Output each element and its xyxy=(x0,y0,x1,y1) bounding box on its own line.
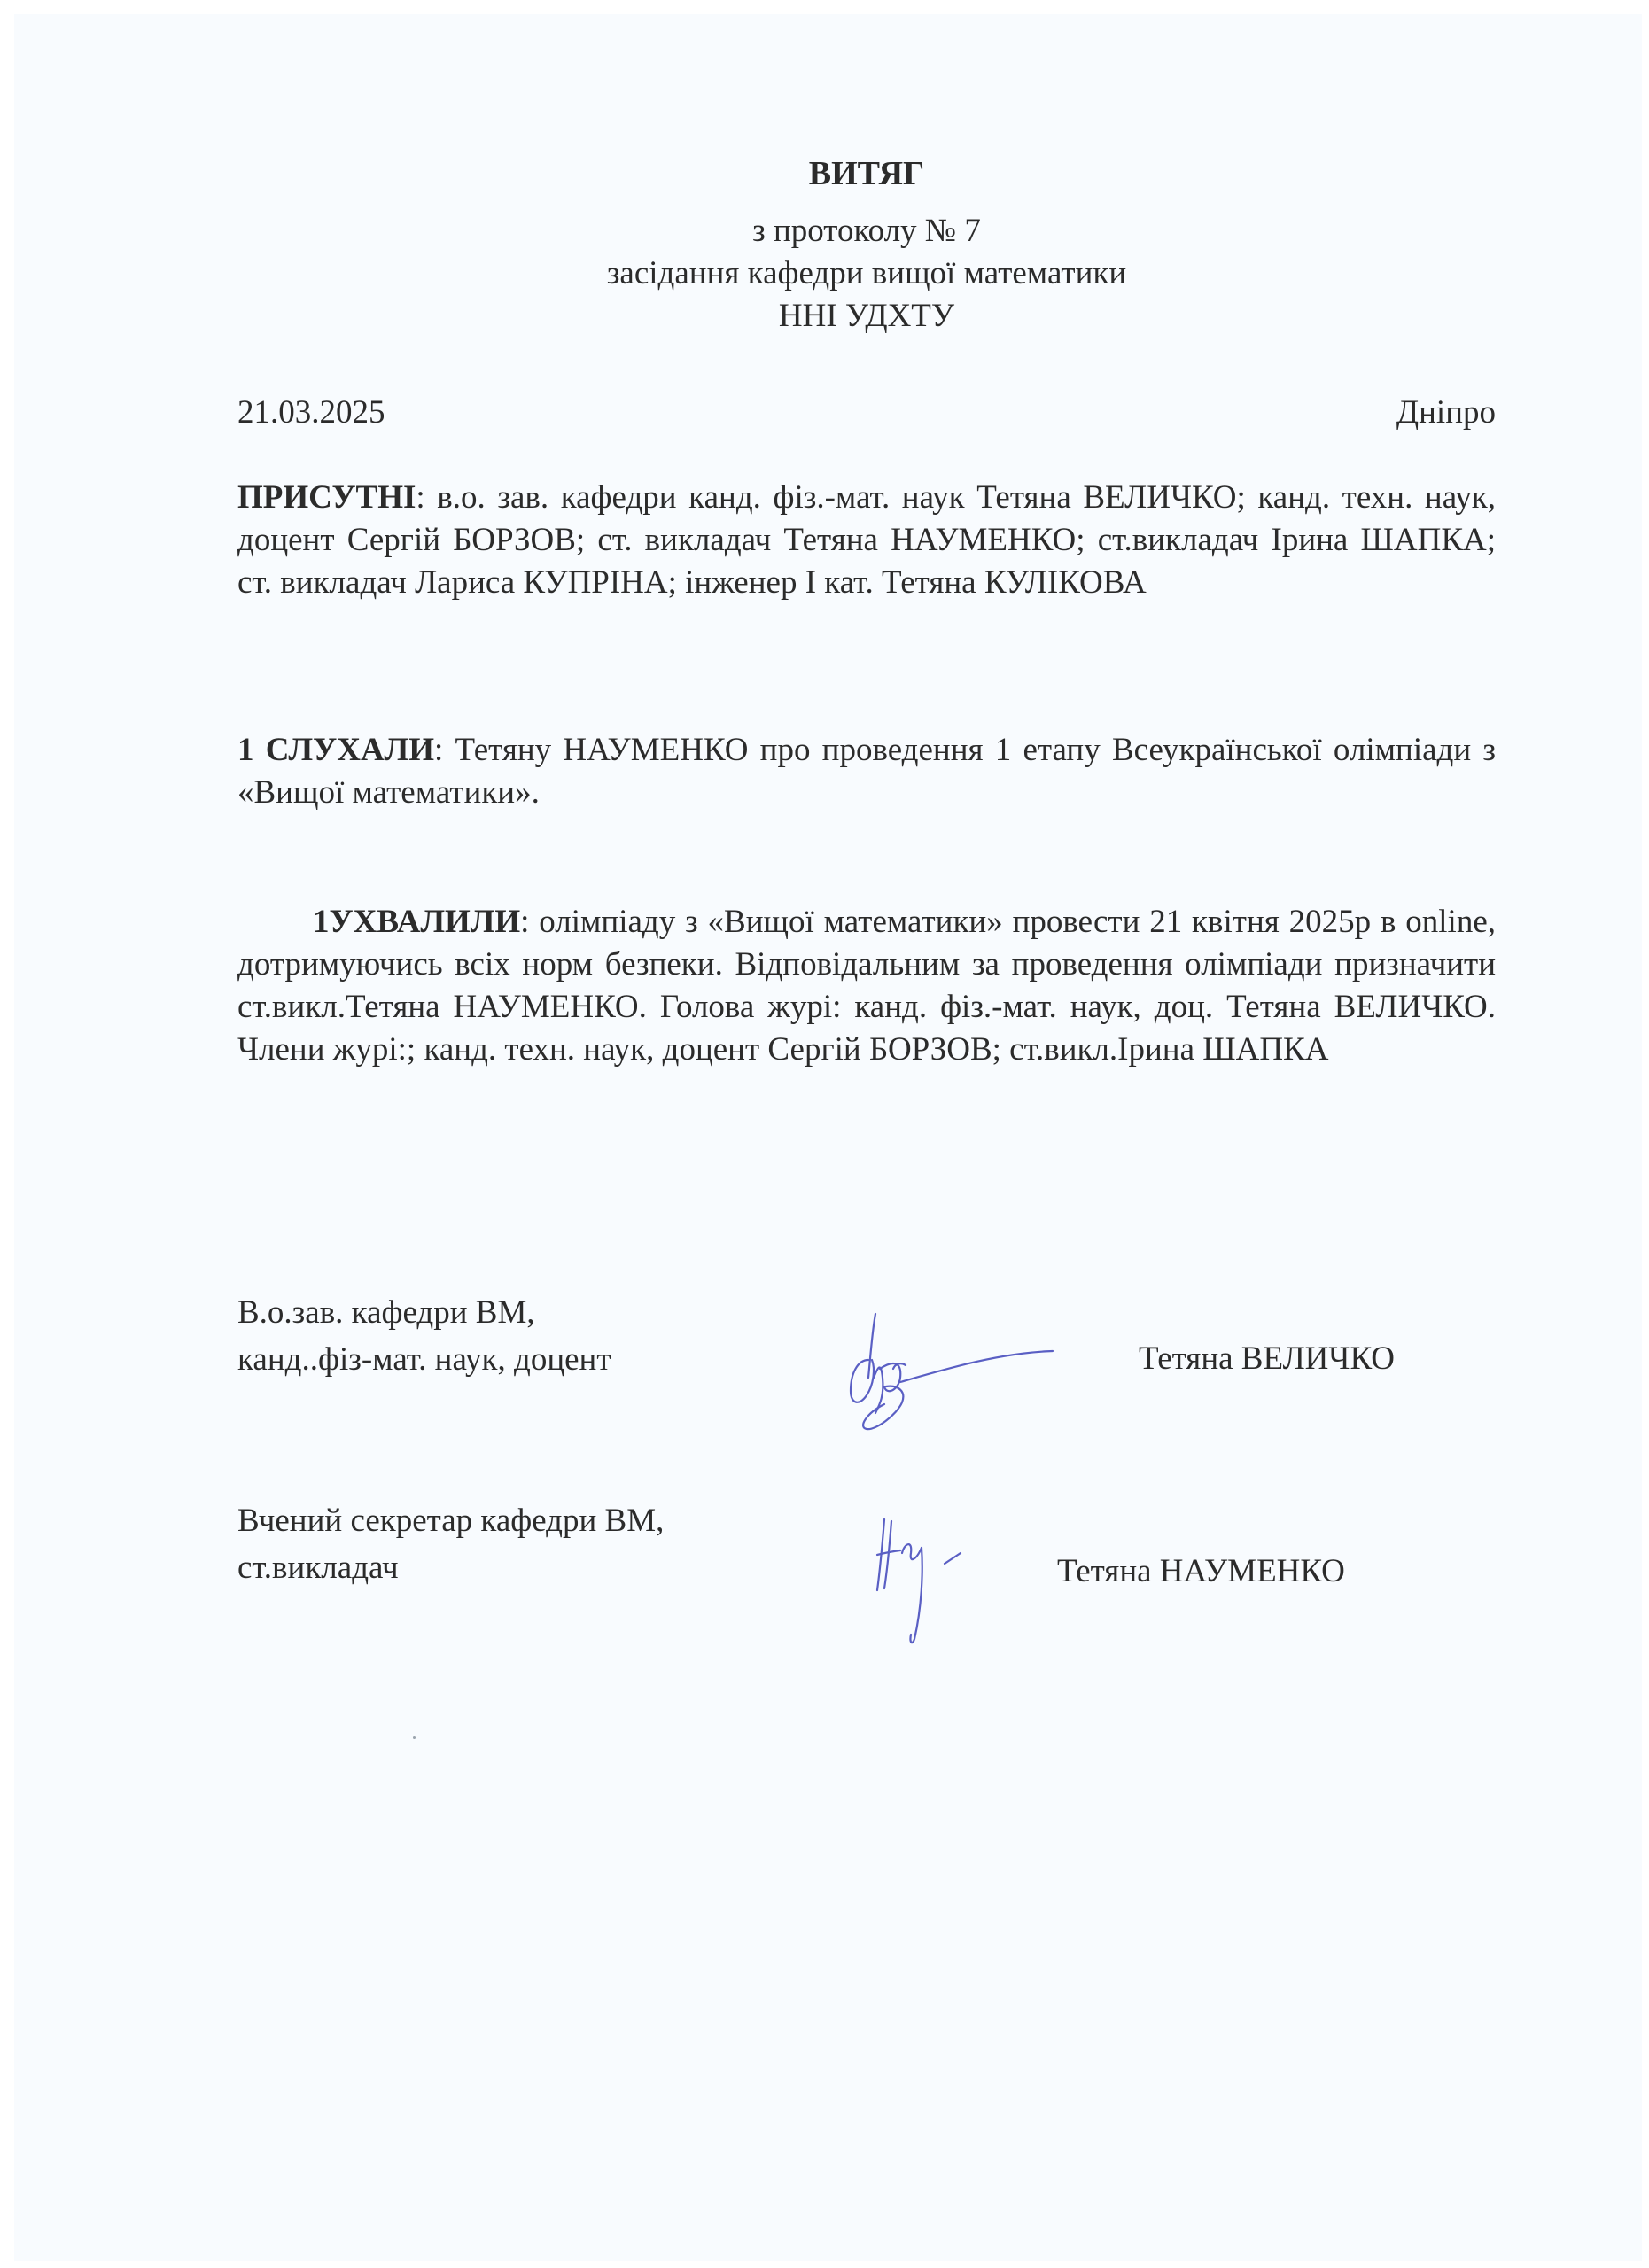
protocol-number: з протоколу № 7 xyxy=(237,210,1496,252)
scanned-page xyxy=(14,14,1642,2261)
signatory-role: В.о.зав. кафедри ВМ, канд..фіз-мат. наук… xyxy=(237,1289,611,1383)
present-label: ПРИСУТНІ xyxy=(237,479,416,516)
scan-speck xyxy=(413,1736,416,1739)
resolved-section: 1УХВАЛИЛИ: олімпіаду з «Вищої математики… xyxy=(237,901,1496,1071)
date-location-row: 21.03.2025 Дніпро xyxy=(237,390,1496,436)
role-line: В.о.зав. кафедри ВМ, xyxy=(237,1289,611,1336)
present-text: : в.о. зав. кафедри канд. фіз.-мат. наук… xyxy=(237,479,1496,601)
handwritten-signature-icon xyxy=(831,1307,1062,1440)
document-subtitle: з протоколу № 7 засідання кафедри вищої … xyxy=(237,210,1496,338)
signature-block-secretary: Вчений секретар кафедри ВМ, ст.викладач … xyxy=(237,1497,1496,1621)
role-line: ст.викладач xyxy=(237,1544,664,1591)
signature-block-head: В.о.зав. кафедри ВМ, канд..фіз-мат. наук… xyxy=(237,1289,1496,1413)
signatory-name: Тетяна ВЕЛИЧКО xyxy=(1139,1336,1395,1382)
heard-section: 1 СЛУХАЛИ: Тетяну НАУМЕНКО про проведенн… xyxy=(237,729,1496,814)
document-title: ВИТЯГ xyxy=(237,151,1496,197)
signatory-role: Вчений секретар кафедри ВМ, ст.викладач xyxy=(237,1497,664,1591)
heard-label: 1 СЛУХАЛИ xyxy=(237,732,434,768)
role-line: Вчений секретар кафедри ВМ, xyxy=(237,1497,664,1544)
resolved-label: 1УХВАЛИЛИ xyxy=(313,904,520,940)
handwritten-signature-icon xyxy=(858,1502,1035,1652)
role-line: канд..фіз-мат. наук, доцент xyxy=(237,1336,611,1383)
document-date: 21.03.2025 xyxy=(237,390,385,436)
meeting-description: засідання кафедри вищої математики xyxy=(237,252,1496,295)
document-city: Дніпро xyxy=(1396,390,1496,436)
present-section: ПРИСУТНІ: в.о. зав. кафедри канд. фіз.-м… xyxy=(237,477,1496,604)
institution-name: ННІ УДХТУ xyxy=(237,295,1496,338)
signatory-name: Тетяна НАУМЕНКО xyxy=(1057,1549,1345,1595)
